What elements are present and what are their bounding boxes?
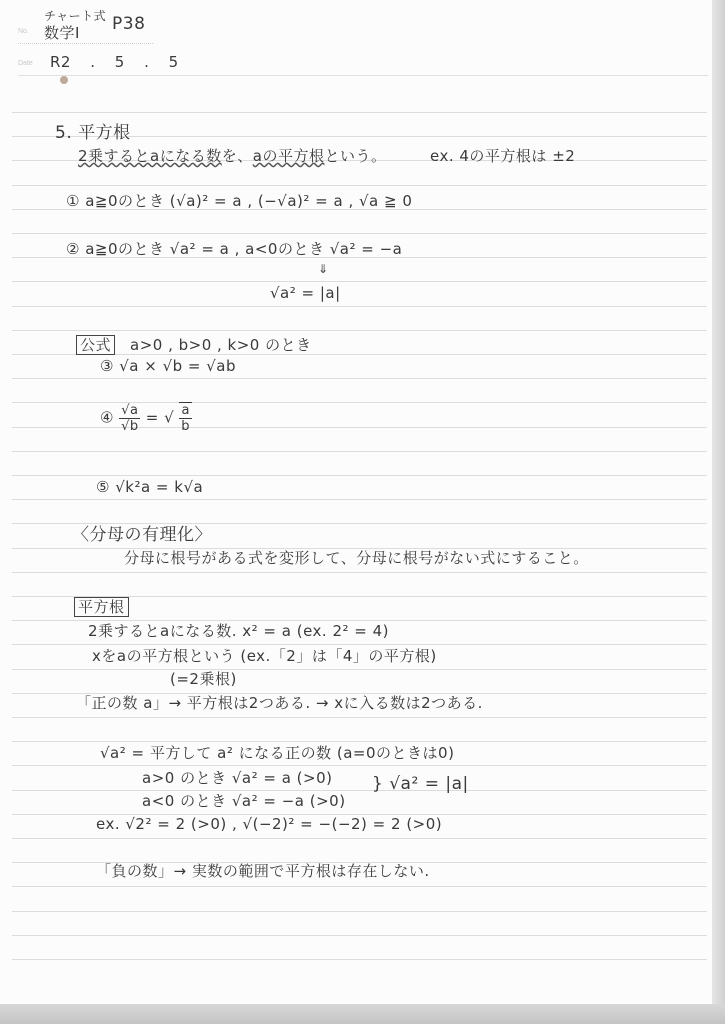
formula-5: ⑤ √k²a = k√a	[96, 478, 203, 496]
scanner-edge-right	[712, 0, 725, 1024]
formula-condition: a>0 , b>0 , k>0 のとき	[130, 334, 312, 355]
notes-box: 平方根	[74, 597, 129, 617]
section-title: 5. 平方根	[55, 118, 131, 143]
rule-2-result: √a² = |a|	[270, 284, 341, 302]
formula-label: 公式	[76, 334, 115, 355]
formula-box: 公式	[76, 335, 115, 355]
denominator: √b	[121, 419, 139, 434]
rule-2: ② a≧0のとき √a² = a , a<0のとき √a² = −a	[66, 238, 402, 259]
definition-line: 2乗するとaになる数を、aの平方根という。	[78, 145, 386, 166]
subject-name: 数学Ⅰ	[44, 22, 80, 43]
formula-4-number: ④	[100, 409, 114, 427]
fraction-right: ab	[179, 402, 191, 434]
ruled-line	[12, 499, 707, 500]
numerator: √a	[119, 403, 140, 419]
rationalize-title: 〈分母の有理化〉	[72, 520, 212, 545]
ruled-line	[12, 838, 707, 839]
definition-suffix: という。	[324, 147, 386, 165]
ruled-line	[12, 378, 707, 379]
no-underline	[18, 43, 153, 44]
notes-line-7: a<0 のとき √a² = −a (>0)	[142, 790, 346, 811]
notes-negative: 「負の数」→ 実数の範囲で平方根は存在しない.	[96, 860, 430, 881]
rationalize-body: 分母に根号がある式を変形して、分母に根号がない式にすること。	[124, 547, 589, 568]
ruled-line	[12, 765, 707, 766]
definition-example: ex. 4の平方根は ±2	[430, 145, 575, 166]
notes-line-6: a>0 のとき √a² = a (>0)	[142, 767, 332, 788]
ruled-line	[12, 330, 707, 331]
ruled-line	[12, 306, 707, 307]
definition-term: 2乗するとaになる数	[78, 147, 222, 165]
ruled-line	[12, 572, 707, 573]
notes-line-1: 2乗するとaになる数. x² = a (ex. 2² = 4)	[88, 620, 389, 641]
date-label: Date	[18, 60, 33, 67]
notebook-page: No. Date チャート式 数学Ⅰ P38 R2 . 5 . 5 5. 平方根…	[0, 0, 712, 1004]
ruled-line	[12, 185, 707, 186]
ruled-line	[12, 717, 707, 718]
date-underline	[18, 75, 708, 76]
notes-label: 平方根	[74, 596, 129, 617]
formula-4: ④ √a√b = √ ab	[100, 402, 192, 434]
hole-mark	[60, 76, 68, 84]
implies-arrow: ⇓	[318, 262, 329, 276]
definition-name: aの平方根	[253, 147, 325, 165]
ruled-line	[12, 112, 707, 113]
notes-line-5: √a² = 平方して a² になる正の数 (a=0のときは0)	[100, 742, 454, 763]
no-label: No.	[18, 28, 29, 35]
ruled-line	[12, 911, 707, 912]
ruled-line	[12, 451, 707, 452]
ruled-line	[12, 935, 707, 936]
date-value: R2 . 5 . 5	[50, 53, 179, 71]
definition-particle: を、	[222, 147, 253, 165]
equals-root: = √	[146, 409, 174, 427]
numerator: a	[179, 403, 191, 419]
denominator: b	[181, 419, 190, 434]
ruled-line	[12, 475, 707, 476]
fraction-left: √a√b	[119, 403, 140, 434]
brace-result: } √a² = |a|	[372, 774, 469, 794]
page-reference: P38	[112, 14, 145, 34]
ruled-line	[12, 233, 707, 234]
ruled-line	[12, 886, 707, 887]
scanner-edge-bottom	[0, 1004, 725, 1024]
ruled-line	[12, 790, 707, 791]
notes-example: ex. √2² = 2 (>0) , √(−2)² = −(−2) = 2 (>…	[96, 815, 442, 833]
ruled-line	[12, 959, 707, 960]
ruled-line	[12, 354, 707, 355]
notes-line-3: (=2乗根)	[170, 668, 237, 689]
formula-3: ③ √a × √b = √ab	[100, 357, 236, 375]
ruled-line	[12, 281, 707, 282]
ruled-line	[12, 669, 707, 670]
notes-line-2: xをaの平方根という (ex.「2」は「4」の平方根)	[92, 645, 437, 666]
notes-line-4: 「正の数 a」→ 平方根は2つある. → xに入る数は2つある.	[76, 692, 483, 713]
rule-1: ① a≧0のとき (√a)² = a , (−√a)² = a , √a ≧ 0	[66, 190, 412, 211]
